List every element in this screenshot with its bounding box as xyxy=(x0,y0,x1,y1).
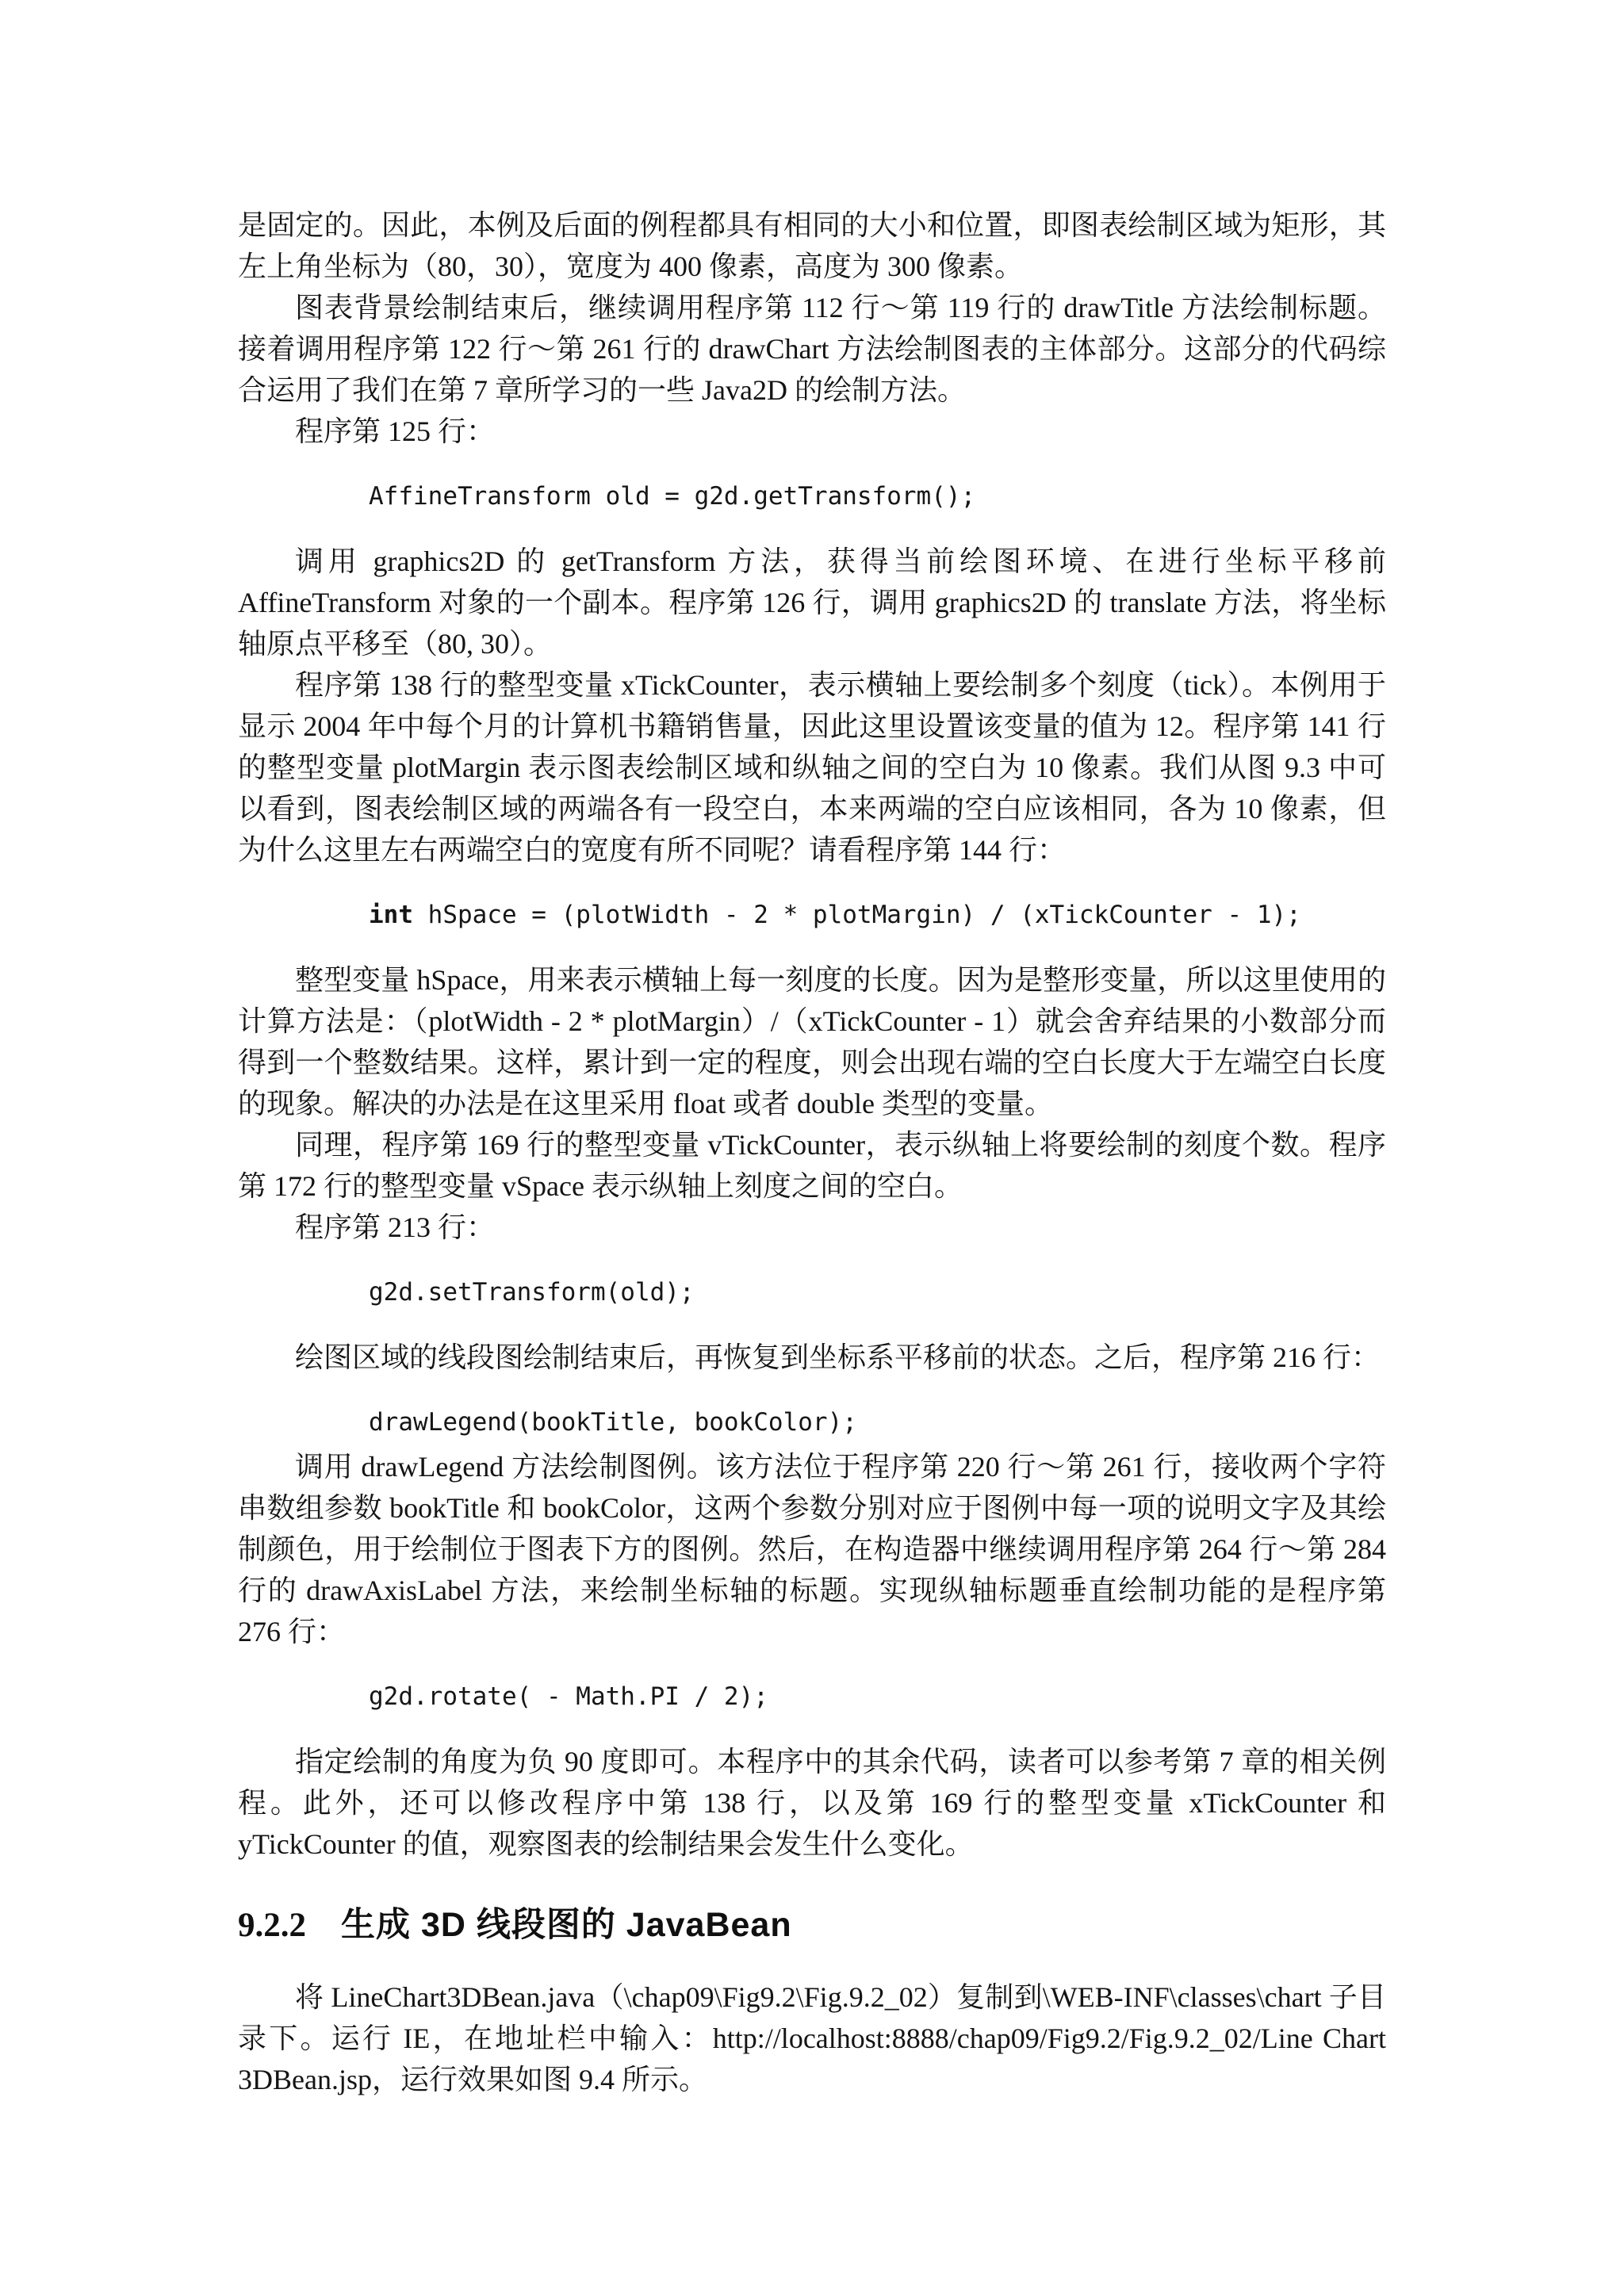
code-text: g2d.setTransform(old); xyxy=(369,1278,695,1307)
paragraph: 同理，程序第 169 行的整型变量 vTickCounter，表示纵轴上将要绘制… xyxy=(238,1124,1386,1207)
paragraph: 调用 drawLegend 方法绘制图例。该方法位于程序第 220 行～第 26… xyxy=(238,1446,1386,1652)
code-text: g2d.rotate( - Math.PI / 2); xyxy=(369,1682,768,1711)
code-block: g2d.setTransform(old); xyxy=(369,1272,1386,1313)
paragraph: 是固定的。因此，本例及后面的例程都具有相同的大小和位置，即图表绘制区域为矩形，其… xyxy=(238,205,1386,287)
section-heading: 9.2.2生成 3D 线段图的 JavaBean xyxy=(238,1903,1386,1948)
paragraph: 调用 graphics2D 的 getTransform 方法，获得当前绘图环境… xyxy=(238,541,1386,664)
paragraph: 将 LineChart3DBean.java（\chap09\Fig9.2\Fi… xyxy=(238,1976,1386,2100)
heading-number: 9.2.2 xyxy=(238,1907,306,1944)
code-block: int hSpace = (plotWidth - 2 * plotMargin… xyxy=(369,894,1386,936)
paragraph: 指定绘制的角度为负 90 度即可。本程序中的其余代码，读者可以参考第 7 章的相… xyxy=(238,1741,1386,1865)
paragraph: 绘图区域的线段图绘制结束后，再恢复到坐标系平移前的状态。之后，程序第 216 行… xyxy=(238,1337,1386,1378)
paragraph: 程序第 138 行的整型变量 xTickCounter，表示横轴上要绘制多个刻度… xyxy=(238,664,1386,871)
code-block: g2d.rotate( - Math.PI / 2); xyxy=(369,1676,1386,1717)
heading-title: 生成 3D 线段图的 JavaBean xyxy=(341,1906,792,1944)
code-block: drawLegend(bookTitle, bookColor); xyxy=(369,1402,1386,1443)
document-page: 是固定的。因此，本例及后面的例程都具有相同的大小和位置，即图表绘制区域为矩形，其… xyxy=(238,205,1386,2100)
paragraph: 整型变量 hSpace，用来表示横轴上每一刻度的长度。因为是整形变量，所以这里使… xyxy=(238,959,1386,1124)
paragraph: 程序第 213 行： xyxy=(238,1207,1386,1248)
code-keyword: int xyxy=(369,901,413,929)
code-block: AffineTransform old = g2d.getTransform()… xyxy=(369,476,1386,517)
code-text: AffineTransform old = g2d.getTransform()… xyxy=(369,482,975,511)
code-text: hSpace = (plotWidth - 2 * plotMargin) / … xyxy=(413,901,1301,929)
paragraph: 图表背景绘制结束后，继续调用程序第 112 行～第 119 行的 drawTit… xyxy=(238,287,1386,411)
paragraph: 程序第 125 行： xyxy=(238,411,1386,452)
code-text: drawLegend(bookTitle, bookColor); xyxy=(369,1408,857,1437)
